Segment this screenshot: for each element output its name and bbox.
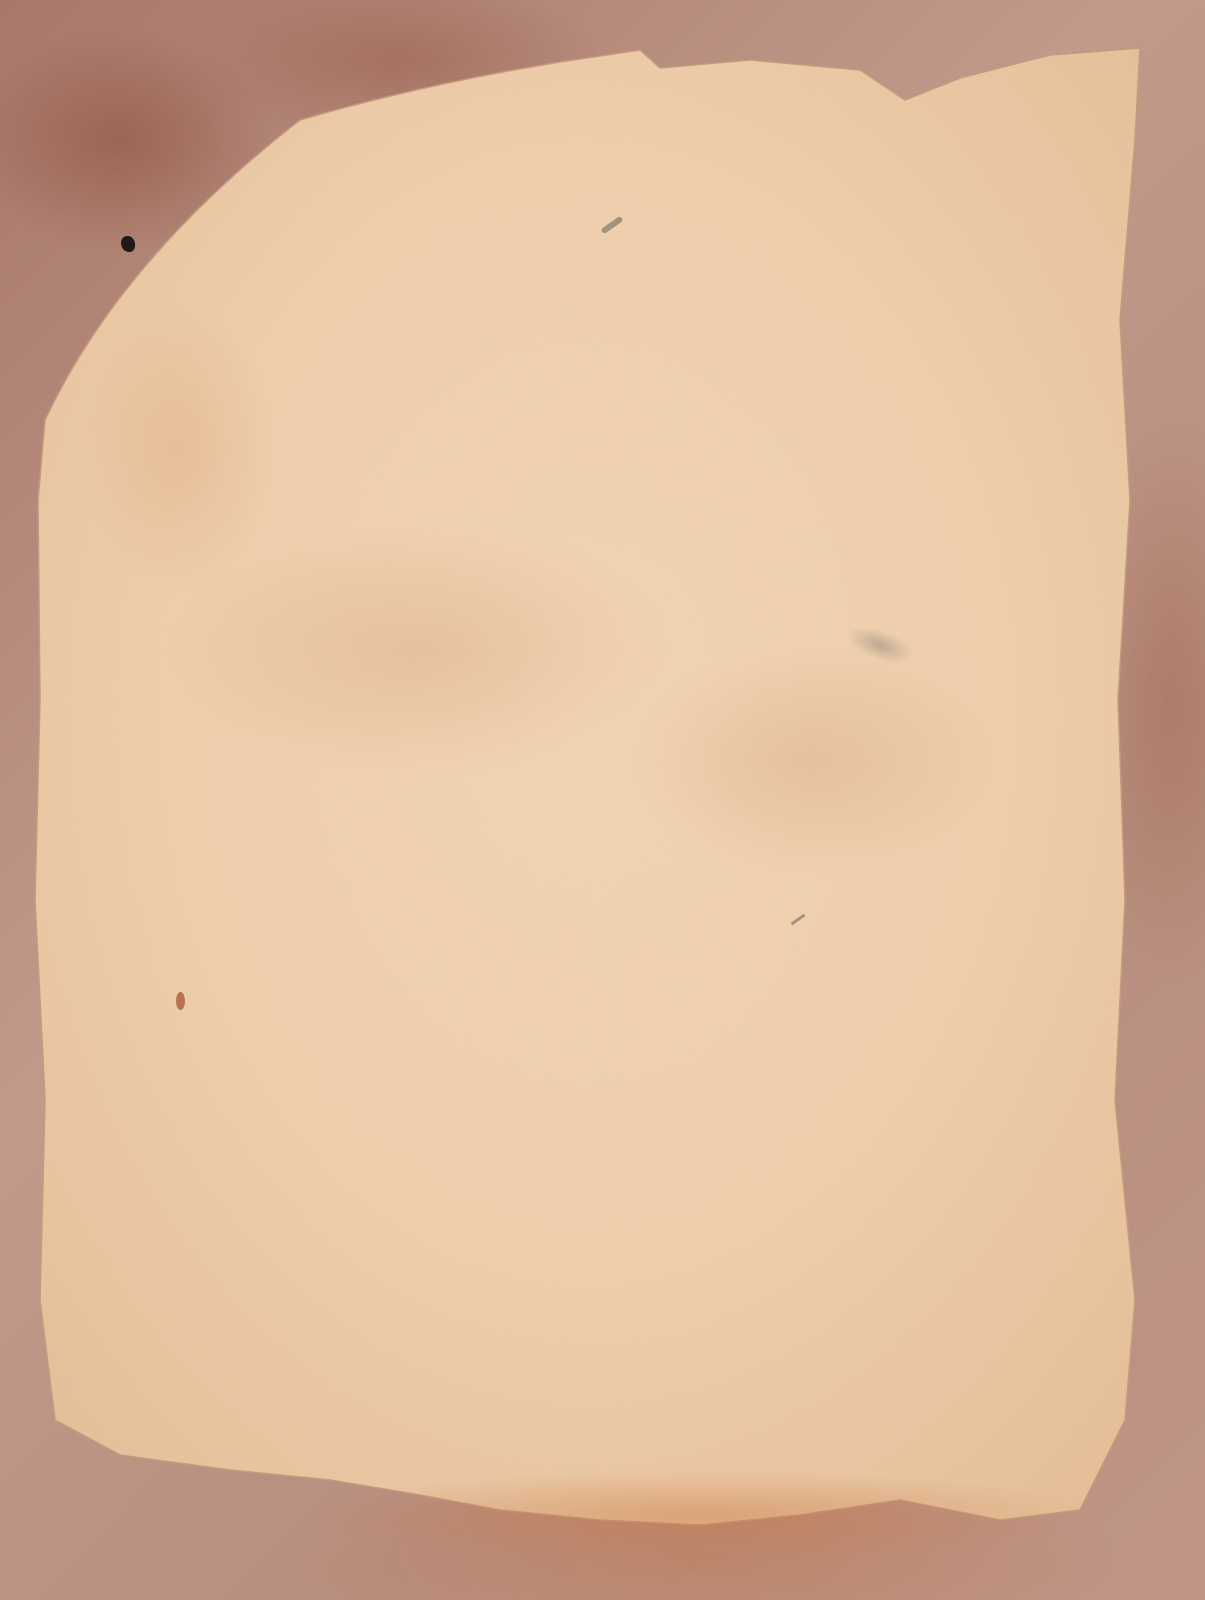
stained-backing xyxy=(0,0,1205,1600)
torn-paper-sheet xyxy=(0,0,1205,1600)
